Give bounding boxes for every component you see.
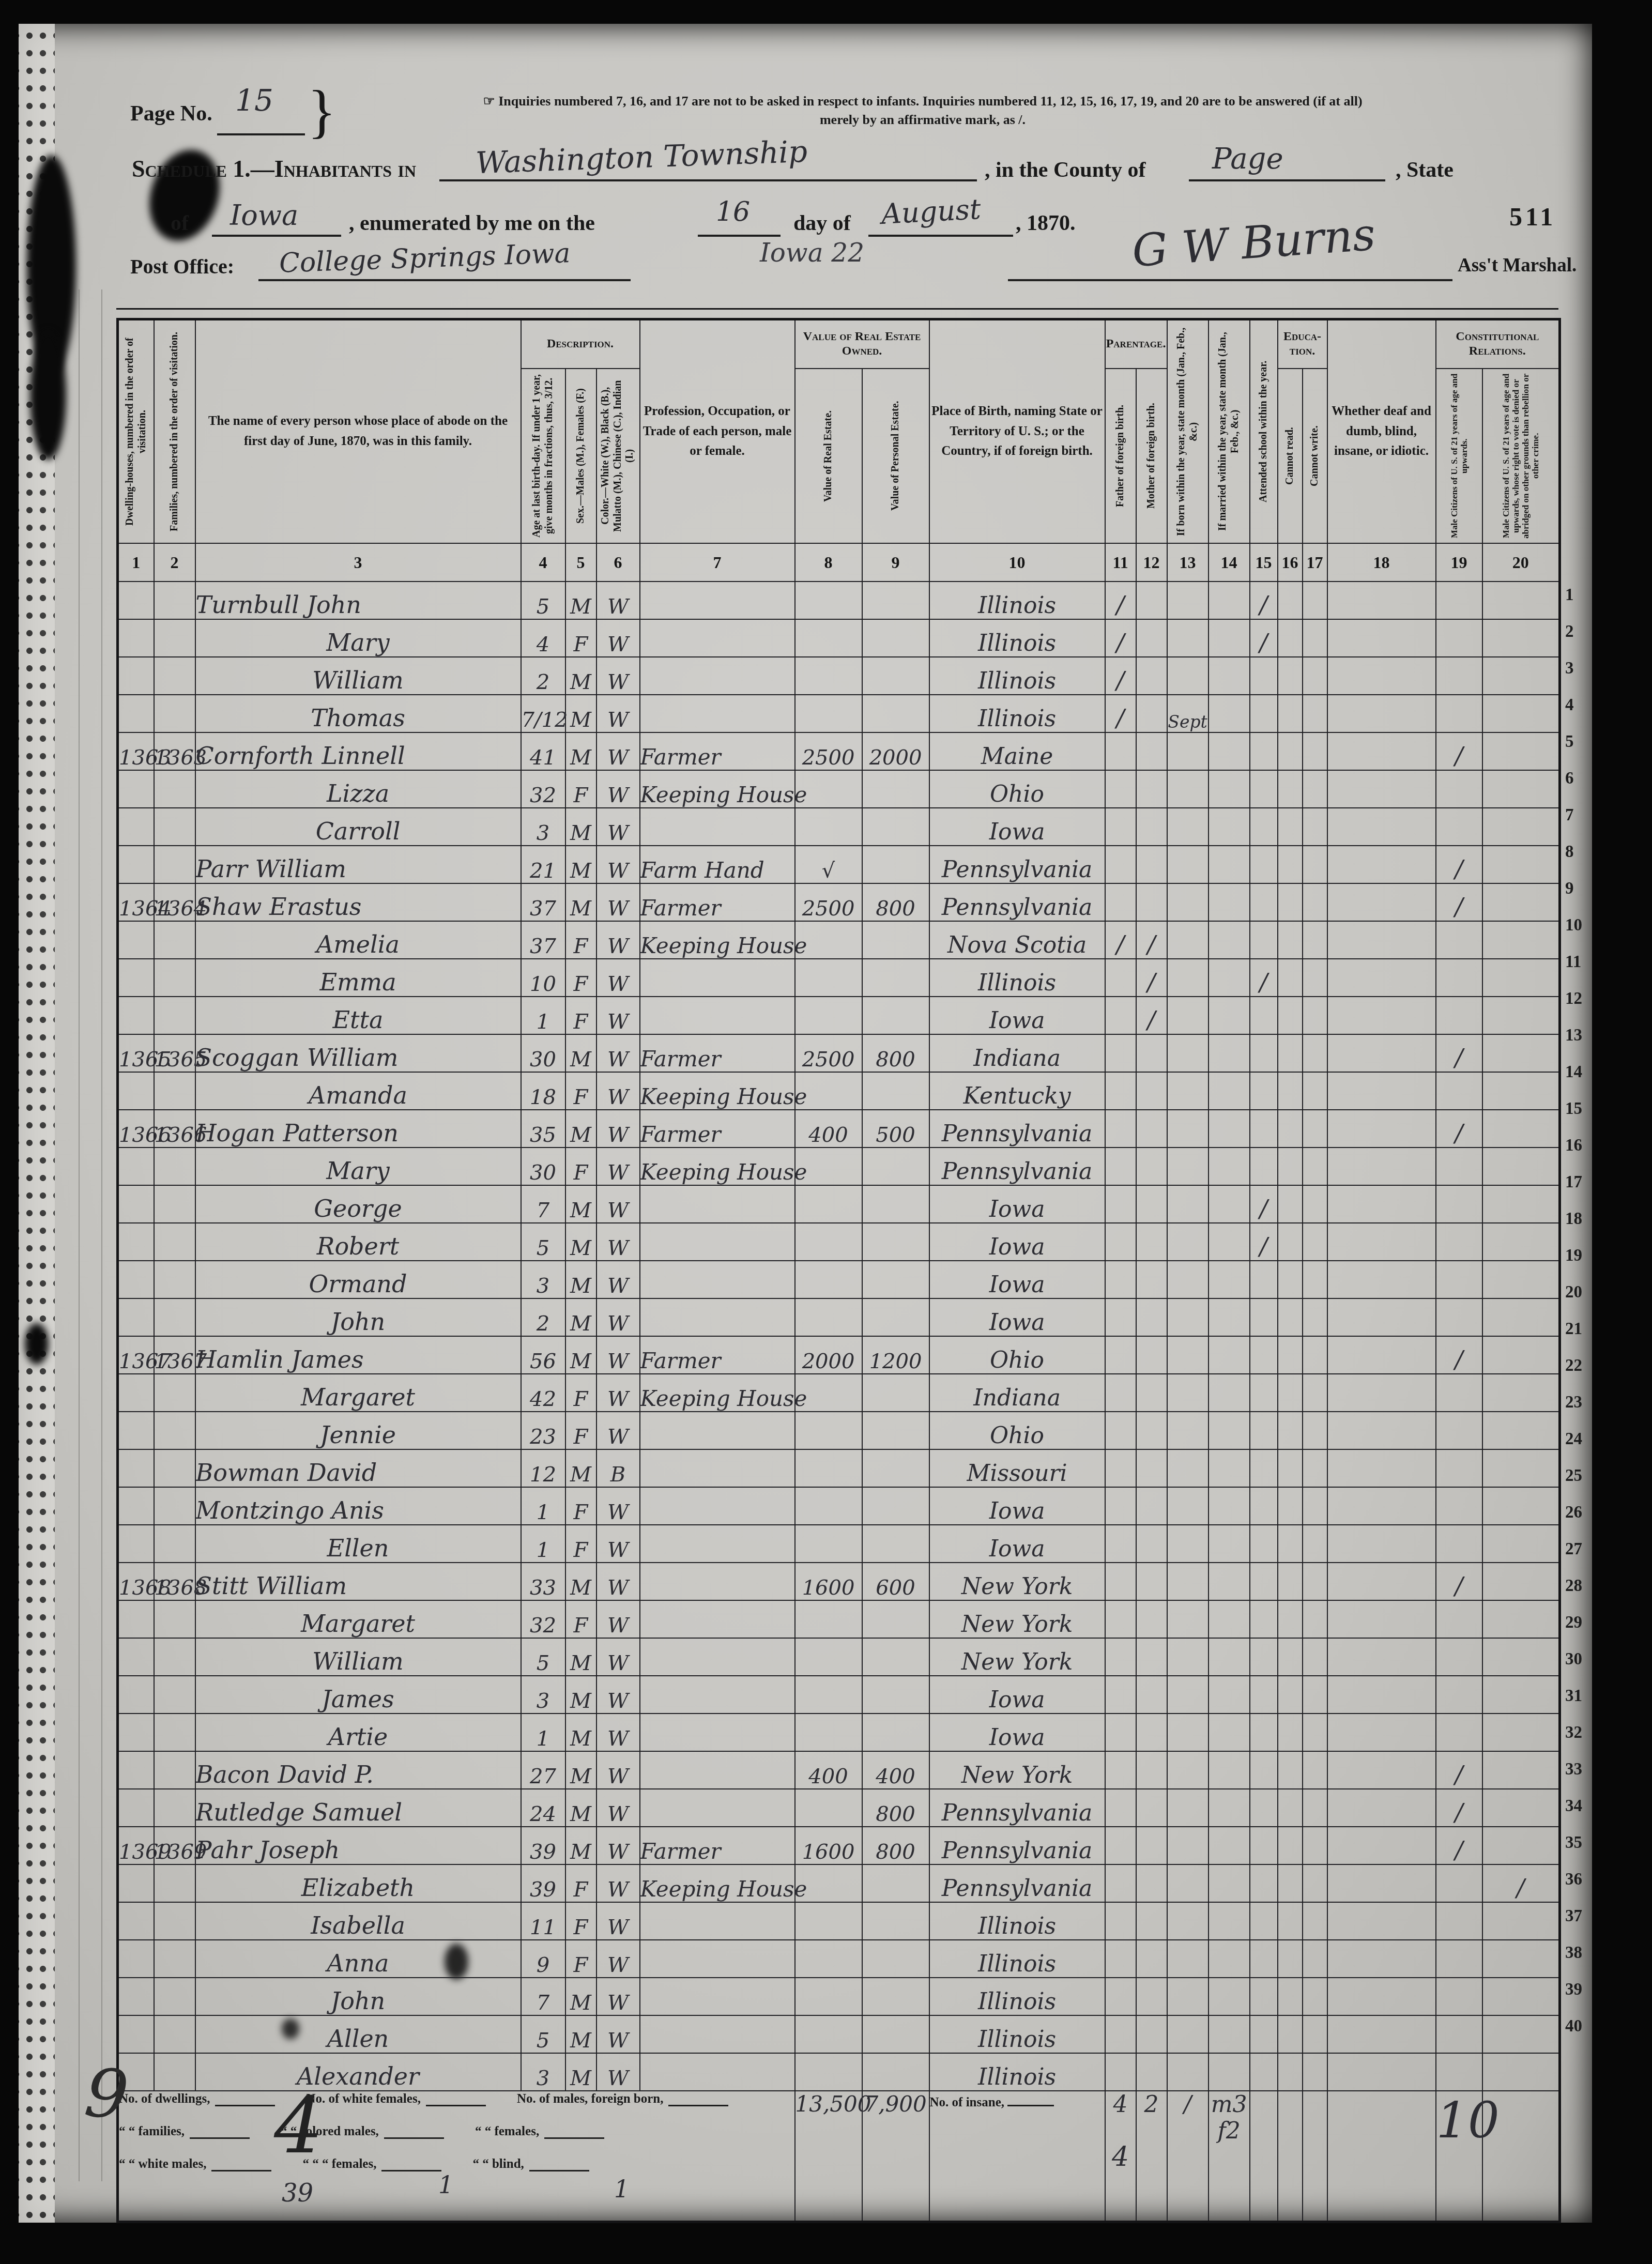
cell-real-estate bbox=[795, 1298, 862, 1336]
cell-married-month bbox=[1209, 1298, 1250, 1336]
cell-born-month bbox=[1167, 1223, 1209, 1261]
cell-name: Hamlin James bbox=[195, 1336, 521, 1374]
cell-attended-school bbox=[1250, 1336, 1278, 1374]
cell-name: Mary bbox=[195, 619, 521, 657]
margin-row-number: 13 bbox=[1565, 1026, 1594, 1045]
cell-cannot-write bbox=[1303, 1563, 1327, 1600]
census-row: 13631363Cornforth Linnell41MWFarmer25002… bbox=[118, 732, 1560, 770]
cell-father-foreign bbox=[1105, 1449, 1136, 1487]
cell-sex: M bbox=[565, 1714, 596, 1751]
cell-citizen-denied bbox=[1482, 1449, 1560, 1487]
total-col14: m3f2 bbox=[1209, 2091, 1250, 2222]
cell-age: 2 bbox=[521, 1298, 565, 1336]
cell-deaf-dumb bbox=[1327, 1676, 1436, 1714]
cell-cannot-read bbox=[1278, 1751, 1303, 1789]
cell-born-month bbox=[1167, 1751, 1209, 1789]
cell-born-month bbox=[1167, 1978, 1209, 2015]
margin-row-number: 18 bbox=[1565, 1210, 1594, 1229]
cell-mother-foreign bbox=[1136, 1563, 1167, 1600]
cell-sex: M bbox=[565, 657, 596, 695]
cell-cannot-write bbox=[1303, 1902, 1327, 1940]
cell-real-estate bbox=[795, 1940, 862, 1978]
cell-color: W bbox=[596, 846, 640, 883]
cell-name: Pahr Joseph bbox=[195, 1827, 521, 1864]
margin-row-number: 17 bbox=[1565, 1173, 1594, 1192]
margin-row-number: 26 bbox=[1565, 1503, 1594, 1522]
cell-sex: M bbox=[565, 1978, 596, 2015]
month-underline bbox=[868, 212, 1013, 237]
cell-birthplace: Illinois bbox=[929, 1902, 1105, 1940]
cell-birthplace: Ohio bbox=[929, 770, 1105, 808]
cell-father-foreign: / bbox=[1105, 657, 1136, 695]
cell-dwelling bbox=[118, 1902, 154, 1940]
cell-name: Montzingo Anis bbox=[195, 1487, 521, 1525]
insane-tally: No. of insane, bbox=[929, 2091, 1105, 2222]
cell-male-citizen bbox=[1436, 619, 1482, 657]
cell-attended-school bbox=[1250, 1902, 1278, 1940]
cell-family bbox=[154, 808, 195, 846]
column-number-row: 12 34 56 78 910 1112 1314 1516 1718 1920 bbox=[118, 543, 1560, 582]
cell-dwelling bbox=[118, 1487, 154, 1525]
cell-color: W bbox=[596, 1412, 640, 1449]
cell-sex: M bbox=[565, 883, 596, 921]
cell-married-month bbox=[1209, 732, 1250, 770]
cell-citizen-denied bbox=[1482, 1827, 1560, 1864]
cell-dwelling bbox=[118, 1148, 154, 1185]
cell-name: Scoggan William bbox=[195, 1034, 521, 1072]
cell-attended-school bbox=[1250, 770, 1278, 808]
cell-personal-estate bbox=[862, 1864, 929, 1902]
cell-cannot-read bbox=[1278, 1148, 1303, 1185]
cell-father-foreign bbox=[1105, 1185, 1136, 1223]
cell-married-month bbox=[1209, 1487, 1250, 1525]
cell-family bbox=[154, 1676, 195, 1714]
cell-age: 2 bbox=[521, 657, 565, 695]
cell-color: W bbox=[596, 2015, 640, 2053]
ink-stain bbox=[25, 1323, 49, 1365]
cell-real-estate bbox=[795, 1185, 862, 1223]
cell-married-month bbox=[1209, 1978, 1250, 2015]
cell-occupation bbox=[640, 1600, 795, 1638]
cell-age: 18 bbox=[521, 1072, 565, 1110]
cell-father-foreign: / bbox=[1105, 695, 1136, 732]
census-row: Artie1MWIowa bbox=[118, 1714, 1560, 1751]
cell-age: 7 bbox=[521, 1185, 565, 1223]
cell-married-month bbox=[1209, 1902, 1250, 1940]
cell-real-estate bbox=[795, 1223, 862, 1261]
cell-real-estate bbox=[795, 582, 862, 619]
cell-deaf-dumb bbox=[1327, 1638, 1436, 1676]
margin-row-number: 16 bbox=[1565, 1136, 1594, 1155]
cell-cannot-write bbox=[1303, 732, 1327, 770]
cell-male-citizen bbox=[1436, 1714, 1482, 1751]
col-header-male-citizens: Male Citizens of U. S. of 21 years of ag… bbox=[1436, 369, 1482, 543]
cell-dwelling bbox=[118, 1638, 154, 1676]
cell-born-month bbox=[1167, 1487, 1209, 1525]
cell-cannot-write bbox=[1303, 1600, 1327, 1638]
cell-citizen-denied bbox=[1482, 1223, 1560, 1261]
cell-father-foreign bbox=[1105, 1110, 1136, 1148]
col-header-mother-foreign: Mother of foreign birth. bbox=[1136, 369, 1167, 543]
cell-dwelling: 1367 bbox=[118, 1336, 154, 1374]
cell-color: W bbox=[596, 997, 640, 1034]
cell-name: Stitt William bbox=[195, 1563, 521, 1600]
col-header-cannot-write: Cannot write. bbox=[1303, 369, 1327, 543]
census-row: Mary4FWIllinois// bbox=[118, 619, 1560, 657]
census-scan-page: Page No. 15 } ☞ Inquiries numbered 7, 16… bbox=[0, 0, 1652, 2264]
cell-personal-estate bbox=[862, 582, 929, 619]
col-header-cannot-read: Cannot read. bbox=[1278, 369, 1303, 543]
cell-mother-foreign bbox=[1136, 1034, 1167, 1072]
cell-personal-estate bbox=[862, 1525, 929, 1563]
cell-color: W bbox=[596, 1827, 640, 1864]
cell-cannot-write bbox=[1303, 695, 1327, 732]
cell-sex: M bbox=[565, 1336, 596, 1374]
cell-citizen-denied bbox=[1482, 959, 1560, 997]
census-row: John2MWIowa bbox=[118, 1298, 1560, 1336]
cell-age: 1 bbox=[521, 997, 565, 1034]
cell-dwelling bbox=[118, 1978, 154, 2015]
cell-family bbox=[154, 2015, 195, 2053]
cell-deaf-dumb bbox=[1327, 1827, 1436, 1864]
margin-row-number: 23 bbox=[1565, 1393, 1594, 1412]
cell-cannot-write bbox=[1303, 1449, 1327, 1487]
cell-sex: M bbox=[565, 846, 596, 883]
cell-real-estate bbox=[795, 1676, 862, 1714]
margin-row-number: 8 bbox=[1565, 843, 1594, 862]
cell-citizen-denied bbox=[1482, 657, 1560, 695]
cell-age: 32 bbox=[521, 1600, 565, 1638]
cell-birthplace: Kentucky bbox=[929, 1072, 1105, 1110]
cell-family bbox=[154, 921, 195, 959]
cell-occupation bbox=[640, 1978, 795, 2015]
cell-married-month bbox=[1209, 1525, 1250, 1563]
cell-citizen-denied bbox=[1482, 582, 1560, 619]
cell-born-month bbox=[1167, 921, 1209, 959]
cell-cannot-write bbox=[1303, 921, 1327, 959]
cell-sex: F bbox=[565, 1940, 596, 1978]
cell-citizen-denied bbox=[1482, 1261, 1560, 1298]
cell-birthplace: Pennsylvania bbox=[929, 1827, 1105, 1864]
cell-dwelling bbox=[118, 1374, 154, 1412]
cell-father-foreign bbox=[1105, 1751, 1136, 1789]
margin-row-number: 6 bbox=[1565, 769, 1594, 788]
margin-row-number: 7 bbox=[1565, 806, 1594, 825]
census-row: Etta1FWIowa/ bbox=[118, 997, 1560, 1034]
cell-male-citizen bbox=[1436, 1223, 1482, 1261]
cell-color: W bbox=[596, 1185, 640, 1223]
cell-cannot-read bbox=[1278, 1449, 1303, 1487]
col-header-color: Color.—White (W.), Black (B.), Mulatto (… bbox=[596, 369, 640, 543]
cell-sex: F bbox=[565, 1148, 596, 1185]
cell-family: 1369 bbox=[154, 1827, 195, 1864]
cell-sex: M bbox=[565, 1449, 596, 1487]
cell-real-estate bbox=[795, 1978, 862, 2015]
census-rows: Turnbull John5MWIllinois//Mary4FWIllinoi… bbox=[118, 582, 1560, 2091]
cell-sex: M bbox=[565, 582, 596, 619]
page-no-underline bbox=[217, 119, 305, 135]
cell-dwelling bbox=[118, 695, 154, 732]
cell-cannot-read bbox=[1278, 1600, 1303, 1638]
cell-father-foreign bbox=[1105, 1714, 1136, 1751]
cell-cannot-write bbox=[1303, 1148, 1327, 1185]
cell-mother-foreign bbox=[1136, 1600, 1167, 1638]
census-table: Dwelling-houses, numbered in the order o… bbox=[116, 318, 1561, 2223]
census-row: 13641364Shaw Erastus37MWFarmer2500800Pen… bbox=[118, 883, 1560, 921]
census-row: Robert5MWIowa/ bbox=[118, 1223, 1560, 1261]
cell-attended-school bbox=[1250, 846, 1278, 883]
cell-mother-foreign bbox=[1136, 1789, 1167, 1827]
cell-sex: F bbox=[565, 997, 596, 1034]
cell-name: Parr William bbox=[195, 846, 521, 883]
cell-age: 37 bbox=[521, 921, 565, 959]
cell-citizen-denied bbox=[1482, 1487, 1560, 1525]
cell-male-citizen bbox=[1436, 1261, 1482, 1298]
cell-sex: F bbox=[565, 1374, 596, 1412]
cell-occupation: Keeping House bbox=[640, 1374, 795, 1412]
cell-attended-school bbox=[1250, 1563, 1278, 1600]
cell-male-citizen bbox=[1436, 1940, 1482, 1978]
census-row: Anna9FWIllinois bbox=[118, 1940, 1560, 1978]
cell-sex: M bbox=[565, 1261, 596, 1298]
cell-cannot-read bbox=[1278, 1185, 1303, 1223]
census-row: 13691369Pahr Joseph39MWFarmer1600800Penn… bbox=[118, 1827, 1560, 1864]
cell-name: Cornforth Linnell bbox=[195, 732, 521, 770]
cell-father-foreign bbox=[1105, 1525, 1136, 1563]
cell-born-month bbox=[1167, 1261, 1209, 1298]
cell-cannot-read bbox=[1278, 1374, 1303, 1412]
census-row: 13661366Hogan Patterson35MWFarmer400500P… bbox=[118, 1110, 1560, 1148]
cell-cannot-read bbox=[1278, 1072, 1303, 1110]
census-row: Ormand3MWIowa bbox=[118, 1261, 1560, 1298]
cell-real-estate bbox=[795, 1261, 862, 1298]
cell-dwelling bbox=[118, 1751, 154, 1789]
cell-father-foreign bbox=[1105, 1563, 1136, 1600]
cell-family bbox=[154, 959, 195, 997]
cell-birthplace: Pennsylvania bbox=[929, 1110, 1105, 1148]
cell-cannot-write bbox=[1303, 883, 1327, 921]
cell-attended-school: / bbox=[1250, 619, 1278, 657]
cell-birthplace: Iowa bbox=[929, 808, 1105, 846]
cell-name: Rutledge Samuel bbox=[195, 1789, 521, 1827]
cell-name: Margaret bbox=[195, 1374, 521, 1412]
col-header-age: Age at last birth-day. If under 1 year, … bbox=[521, 369, 565, 543]
cell-mother-foreign bbox=[1136, 657, 1167, 695]
cell-cannot-write bbox=[1303, 1034, 1327, 1072]
cell-attended-school bbox=[1250, 1148, 1278, 1185]
cell-family bbox=[154, 1412, 195, 1449]
cell-family bbox=[154, 1261, 195, 1298]
cell-cannot-read bbox=[1278, 1298, 1303, 1336]
footer-blank bbox=[211, 2156, 271, 2171]
cell-father-foreign bbox=[1105, 1978, 1136, 2015]
cell-male-citizen bbox=[1436, 770, 1482, 808]
cell-real-estate bbox=[795, 1789, 862, 1827]
cell-occupation: Keeping House bbox=[640, 921, 795, 959]
cell-name: John bbox=[195, 1298, 521, 1336]
cell-cannot-write bbox=[1303, 770, 1327, 808]
cell-sex: F bbox=[565, 1864, 596, 1902]
state-suffix: , State bbox=[1396, 158, 1454, 182]
cell-birthplace: New York bbox=[929, 1751, 1105, 1789]
col-header-born-month: If born within the year, state month (Ja… bbox=[1167, 319, 1209, 544]
cell-male-citizen bbox=[1436, 2053, 1482, 2091]
cell-deaf-dumb bbox=[1327, 997, 1436, 1034]
cell-cannot-read bbox=[1278, 657, 1303, 695]
census-row: John7MWIllinois bbox=[118, 1978, 1560, 2015]
total-col13: / bbox=[1167, 2091, 1209, 2222]
cell-name: Anna bbox=[195, 1940, 521, 1978]
cell-age: 42 bbox=[521, 1374, 565, 1412]
cell-cannot-read bbox=[1278, 808, 1303, 846]
margin-row-number: 36 bbox=[1565, 1870, 1594, 1889]
cell-age: 7/12 bbox=[521, 695, 565, 732]
cell-born-month bbox=[1167, 1940, 1209, 1978]
cell-personal-estate: 400 bbox=[862, 1751, 929, 1789]
cell-born-month bbox=[1167, 808, 1209, 846]
instructions-line2: merely by an affirmative mark, as /. bbox=[820, 112, 1026, 127]
cell-cannot-read bbox=[1278, 619, 1303, 657]
cell-married-month bbox=[1209, 582, 1250, 619]
cell-cannot-write bbox=[1303, 1864, 1327, 1902]
cell-occupation bbox=[640, 1223, 795, 1261]
cell-deaf-dumb bbox=[1327, 1714, 1436, 1751]
col-header-dwelling: Dwelling-houses, numbered in the order o… bbox=[118, 319, 154, 544]
cell-born-month bbox=[1167, 1185, 1209, 1223]
cell-family bbox=[154, 619, 195, 657]
cell-father-foreign bbox=[1105, 1072, 1136, 1110]
cell-name: William bbox=[195, 657, 521, 695]
cell-birthplace: Illinois bbox=[929, 657, 1105, 695]
cell-citizen-denied bbox=[1482, 732, 1560, 770]
cell-sex: M bbox=[565, 1185, 596, 1223]
cell-attended-school bbox=[1250, 1600, 1278, 1638]
footer-blank bbox=[190, 2124, 250, 2139]
census-row: Parr William21MWFarm Hand√Pennsylvania/ bbox=[118, 846, 1560, 883]
cell-dwelling bbox=[118, 1600, 154, 1638]
cell-attended-school bbox=[1250, 1298, 1278, 1336]
cell-father-foreign: / bbox=[1105, 921, 1136, 959]
cell-citizen-denied bbox=[1482, 1148, 1560, 1185]
cell-cannot-write bbox=[1303, 1374, 1327, 1412]
cell-age: 39 bbox=[521, 1864, 565, 1902]
total-personal-estate: 7,900 bbox=[862, 2091, 929, 2222]
cell-personal-estate bbox=[862, 1148, 929, 1185]
cell-father-foreign bbox=[1105, 1148, 1136, 1185]
cell-color: W bbox=[596, 1525, 640, 1563]
col-header-deaf-dumb: Whether deaf and dumb, blind, insane, or… bbox=[1327, 319, 1436, 544]
cell-citizen-denied bbox=[1482, 1034, 1560, 1072]
cell-mother-foreign bbox=[1136, 883, 1167, 921]
cell-color: W bbox=[596, 1751, 640, 1789]
cell-age: 9 bbox=[521, 1940, 565, 1978]
margin-row-number: 31 bbox=[1565, 1687, 1594, 1706]
cell-color: W bbox=[596, 921, 640, 959]
cell-married-month bbox=[1209, 959, 1250, 997]
census-row: William5MWNew York bbox=[118, 1638, 1560, 1676]
cell-married-month bbox=[1209, 1864, 1250, 1902]
cell-attended-school bbox=[1250, 657, 1278, 695]
cell-personal-estate: 2000 bbox=[862, 732, 929, 770]
margin-row-number: 34 bbox=[1565, 1797, 1594, 1816]
cell-real-estate bbox=[795, 959, 862, 997]
cell-born-month bbox=[1167, 1714, 1209, 1751]
cell-personal-estate: 1200 bbox=[862, 1336, 929, 1374]
cell-dwelling: 1365 bbox=[118, 1034, 154, 1072]
cell-birthplace: Missouri bbox=[929, 1449, 1105, 1487]
cell-born-month bbox=[1167, 1412, 1209, 1449]
census-row: Isabella11FWIllinois bbox=[118, 1902, 1560, 1940]
cell-father-foreign bbox=[1105, 1864, 1136, 1902]
cell-name: Bacon David P. bbox=[195, 1751, 521, 1789]
cell-born-month bbox=[1167, 1148, 1209, 1185]
cell-personal-estate bbox=[862, 1676, 929, 1714]
margin-row-number: 32 bbox=[1565, 1723, 1594, 1742]
cell-occupation bbox=[640, 657, 795, 695]
cell-personal-estate: 800 bbox=[862, 1034, 929, 1072]
cell-age: 30 bbox=[521, 1034, 565, 1072]
cell-age: 33 bbox=[521, 1563, 565, 1600]
cell-cannot-write bbox=[1303, 959, 1327, 997]
cell-family bbox=[154, 1525, 195, 1563]
cell-male-citizen bbox=[1436, 1978, 1482, 2015]
cell-color: W bbox=[596, 1110, 640, 1148]
cell-male-citizen bbox=[1436, 2015, 1482, 2053]
cell-citizen-denied bbox=[1482, 1789, 1560, 1827]
cell-mother-foreign bbox=[1136, 1223, 1167, 1261]
cell-name: Etta bbox=[195, 997, 521, 1034]
cell-attended-school: / bbox=[1250, 1185, 1278, 1223]
cell-born-month bbox=[1167, 1676, 1209, 1714]
cell-age: 7 bbox=[521, 1978, 565, 2015]
cell-family bbox=[154, 1902, 195, 1940]
cell-age: 1 bbox=[521, 1487, 565, 1525]
cell-dwelling bbox=[118, 1298, 154, 1336]
cell-cannot-read bbox=[1278, 1827, 1303, 1864]
cell-male-citizen bbox=[1436, 695, 1482, 732]
cell-personal-estate bbox=[862, 619, 929, 657]
schedule-label: Schedule 1.—Inhabitants in bbox=[132, 155, 416, 182]
cell-cannot-read bbox=[1278, 997, 1303, 1034]
footer-blank bbox=[529, 2156, 589, 2171]
cell-age: 32 bbox=[521, 770, 565, 808]
group-parentage: Parentage. bbox=[1105, 319, 1167, 369]
of-label: of bbox=[171, 211, 189, 236]
cell-male-citizen bbox=[1436, 1449, 1482, 1487]
cell-birthplace: Indiana bbox=[929, 1374, 1105, 1412]
cell-deaf-dumb bbox=[1327, 1864, 1436, 1902]
cell-occupation: Farm Hand bbox=[640, 846, 795, 883]
instructions-line1: Inquiries numbered 7, 16, and 17 are not… bbox=[498, 94, 1362, 109]
cell-personal-estate: 500 bbox=[862, 1110, 929, 1148]
cell-dwelling bbox=[118, 1072, 154, 1110]
cell-mother-foreign bbox=[1136, 1072, 1167, 1110]
cell-male-citizen bbox=[1436, 1072, 1482, 1110]
footer-blank bbox=[668, 2091, 728, 2106]
cell-cannot-read bbox=[1278, 959, 1303, 997]
cell-age: 5 bbox=[521, 2015, 565, 2053]
total-col12: 2 bbox=[1136, 2091, 1167, 2222]
signature-underline bbox=[1008, 258, 1452, 281]
cell-family bbox=[154, 1072, 195, 1110]
footer-label: “ “ females, bbox=[475, 2124, 539, 2139]
cell-birthplace: Iowa bbox=[929, 1223, 1105, 1261]
cell-personal-estate bbox=[862, 1940, 929, 1978]
cell-cannot-write bbox=[1303, 1185, 1327, 1223]
census-row: George7MWIowa/ bbox=[118, 1185, 1560, 1223]
cell-dwelling bbox=[118, 997, 154, 1034]
cell-deaf-dumb bbox=[1327, 921, 1436, 959]
